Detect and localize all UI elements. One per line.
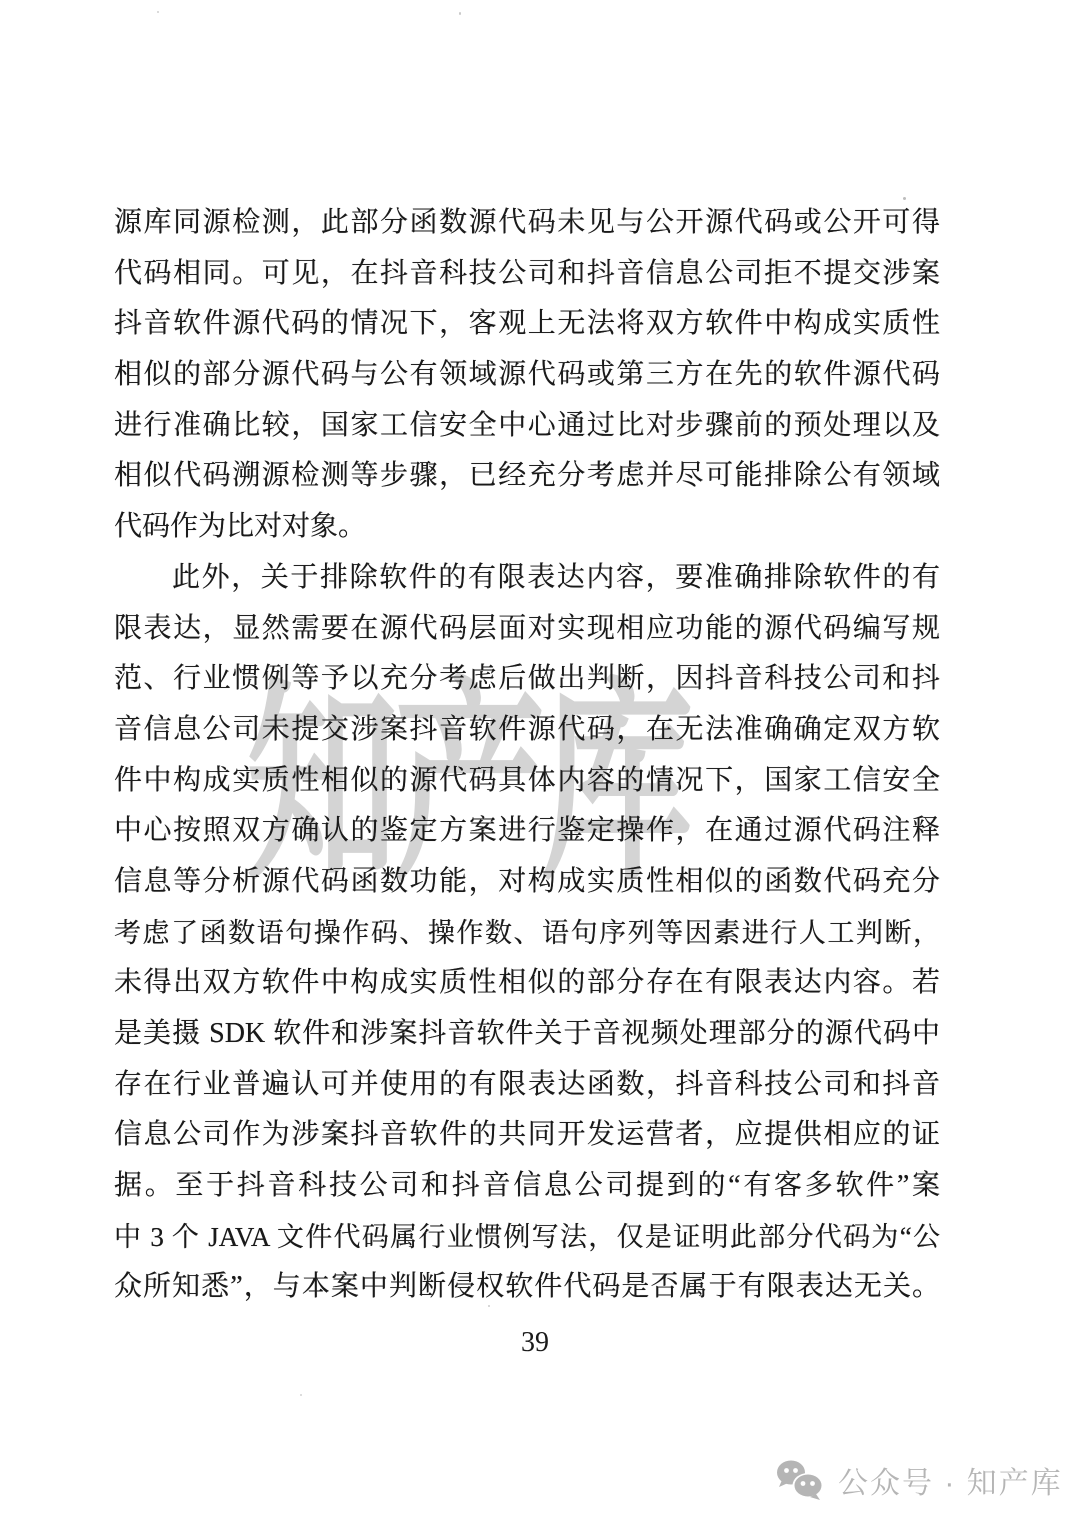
text-line: 件中构成实质性相似的源代码具体内容的情况下，国家工信安全 [114, 756, 940, 807]
scan-speck [300, 1394, 302, 1396]
text-line: 限表达，显然需要在源代码层面对实现相应功能的源代码编写规 [114, 604, 940, 655]
text-line: 考虑了函数语句操作码、操作数、语句序列等因素进行人工判断， [114, 908, 940, 959]
text-line: 中心按照双方确认的鉴定方案进行鉴定操作，在通过源代码注释 [114, 806, 940, 857]
wechat-icon [776, 1459, 824, 1501]
text-line: 信息等分析源代码函数功能，对构成实质性相似的函数代码充分 [114, 857, 940, 908]
text-line: 相似的部分源代码与公有领域源代码或第三方在先的软件源代码 [114, 350, 940, 401]
text-line: 存在行业普遍认可并使用的有限表达函数，抖音科技公司和抖音 [114, 1060, 940, 1111]
text-line: 代码相同。可见，在抖音科技公司和抖音信息公司拒不提交涉案 [114, 249, 940, 300]
footer-label: 公众号 · 知产库 [838, 1458, 1063, 1502]
text-line: 信息公司作为涉案抖音软件的共同开发运营者，应提供相应的证 [114, 1110, 940, 1161]
document-page: 知产库 源库同源检测，此部分函数源代码未见与公开源代码或公开可得 代码相同。可见… [0, 0, 1080, 1527]
text-line: 源库同源检测，此部分函数源代码未见与公开源代码或公开可得 [114, 198, 940, 249]
page-number: 39 [0, 1327, 1070, 1359]
text-line: 相似代码溯源检测等步骤，已经充分考虑并尽可能排除公有领域 [114, 451, 940, 502]
wechat-footer: 公众号 · 知产库 [776, 1458, 1063, 1502]
text-line: 中 3 个 JAVA 文件代码属行业惯例写法，仅是证明此部分代码为“公 [114, 1212, 940, 1263]
text-line: 音信息公司未提交涉案抖音软件源代码，在无法准确确定双方软 [114, 705, 940, 756]
text-line: 此外，关于排除软件的有限表达内容，要准确排除软件的有 [114, 553, 940, 604]
text-line: 是美摄 SDK 软件和涉案抖音软件关于音视频处理部分的源代码中 [114, 1009, 940, 1060]
text-line: 抖音软件源代码的情况下，客观上无法将双方软件中构成实质性 [114, 299, 940, 350]
scan-speck [157, 11, 159, 13]
text-line: 范、行业惯例等予以充分考虑后做出判断，因抖音科技公司和抖 [114, 654, 940, 705]
text-line: 进行准确比较，国家工信安全中心通过比对步骤前的预处理以及 [114, 401, 940, 452]
body-text: 源库同源检测，此部分函数源代码未见与公开源代码或公开可得 代码相同。可见，在抖音… [114, 198, 940, 1313]
text-line: 代码作为比对对象。 [114, 502, 940, 553]
text-line: 据。至于抖音科技公司和抖音信息公司提到的“有客多软件”案 [114, 1161, 940, 1212]
scan-speck [459, 12, 461, 15]
text-line: 众所知悉”，与本案中判断侵权软件代码是否属于有限表达无关。 [114, 1262, 940, 1313]
text-line: 未得出双方软件中构成实质性相似的部分存在有限表达内容。若 [114, 958, 940, 1009]
